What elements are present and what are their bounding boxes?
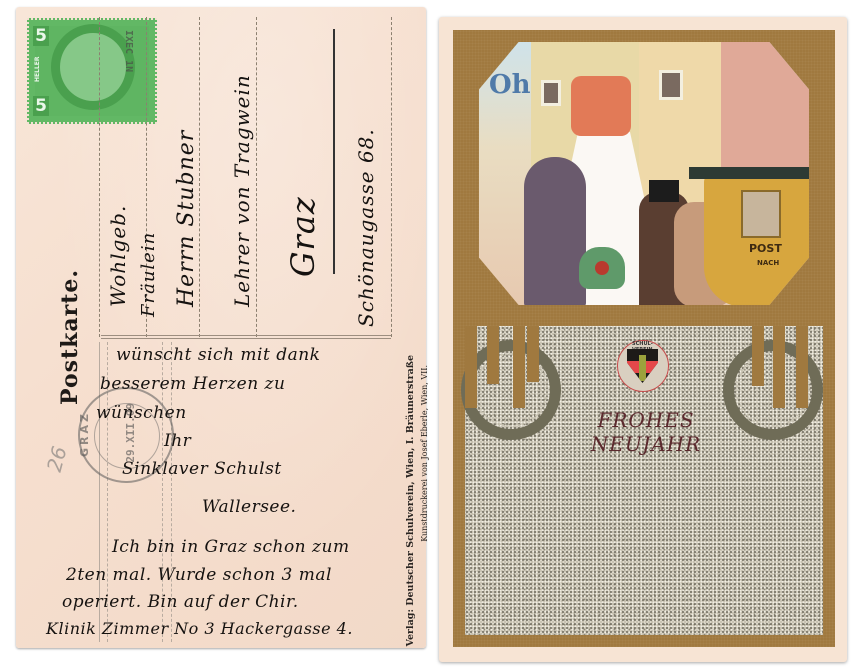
coach-window	[741, 190, 781, 238]
imprint-publisher: Verlag: Deutscher Schulverein, Wien, I. …	[405, 355, 416, 647]
woman-with-basket	[524, 157, 586, 305]
publisher-imprint: Verlag: Deutscher Schulverein, Wien, I. …	[403, 355, 437, 635]
ornament-bar	[773, 326, 785, 408]
ornament-bar	[465, 326, 477, 408]
address-street: Schönaugasse 68.	[354, 27, 378, 327]
postcard-picture-side: Oh POST NACH SCHUL-VEREIN	[439, 17, 847, 662]
corner-letters: Oh	[489, 70, 531, 100]
stamp-cancel-text: IXEC 1N	[123, 30, 134, 72]
greeting-line-2: NEUJAHR	[561, 432, 731, 456]
stamp-value-top: 5	[33, 26, 49, 46]
address-line-3: Herrn Stubner	[174, 37, 199, 307]
window	[659, 70, 683, 100]
address-underline	[333, 29, 335, 274]
window	[541, 80, 561, 106]
man-shoveling-snow	[571, 76, 631, 136]
message-line: Klinik Zimmer No 3 Hackergasse 4.	[46, 619, 353, 638]
schulverein-emblem: SCHUL-VEREIN	[617, 340, 669, 392]
message-line: Sinklaver Schulst	[122, 459, 282, 479]
ornament-bar	[527, 326, 539, 382]
coach-roof	[689, 167, 809, 179]
message-line: Ihr	[164, 431, 191, 451]
gold-frame: Oh POST NACH SCHUL-VEREIN	[453, 30, 835, 647]
message-line: Wallersee.	[202, 497, 296, 517]
ornament-bar	[487, 326, 499, 384]
winter-street-illustration: Oh POST NACH	[479, 42, 809, 305]
message-line: 2ten mal. Wurde schon 3 mal	[66, 565, 332, 585]
stamp-denomination: HELLER	[34, 54, 48, 84]
postcard-address-side: 5 HELLER 5 IXEC 1N Postkarte. Wohlgeb. F…	[16, 7, 426, 648]
message-line: wünscht sich mit dank	[116, 345, 320, 365]
address-guide-line	[199, 17, 200, 337]
address-line-4: Lehrer von Tragwein	[230, 27, 254, 307]
coach-nach-label: NACH	[757, 259, 779, 267]
green-bag	[579, 247, 625, 289]
message-line: operiert. Bin auf der Chir.	[62, 592, 299, 612]
address-guide-line	[256, 17, 257, 337]
coach-post-label: POST	[749, 242, 782, 255]
imprint-printer: Kunstdruckerei von Josef Eberle, Wien, V…	[420, 365, 429, 542]
greeting-line-1: FROHES	[561, 408, 731, 432]
address-guide-line	[99, 17, 100, 337]
address-line-2: Fräulein	[138, 217, 159, 317]
divider-line	[101, 335, 391, 336]
ornament-bar	[796, 326, 808, 408]
address-guide-line	[391, 17, 392, 337]
postmark-city: GRAZ	[78, 411, 91, 457]
emblem-shield	[627, 349, 658, 383]
greeting-text: FROHES NEUJAHR	[561, 408, 731, 456]
message-line: wünschen	[96, 403, 187, 423]
message-line: Ich bin in Graz schon zum	[112, 537, 350, 557]
postage-stamp: 5 HELLER 5 IXEC 1N	[27, 18, 157, 124]
address-line-1: Wohlgeb.	[106, 167, 130, 307]
postkarte-heading: Postkarte.	[56, 257, 84, 417]
greeting-panel: SCHUL-VEREIN FROHES NEUJAHR	[465, 326, 823, 635]
address-city: Graz	[284, 157, 322, 277]
message-line: besserem Herzen zu	[100, 374, 285, 394]
ornament-bar	[752, 326, 764, 386]
stamp-cancellation: IXEC 1N	[123, 30, 141, 110]
ornament-bar	[513, 326, 525, 408]
pencil-note: 26	[42, 444, 72, 475]
divider-line	[101, 338, 391, 339]
stamp-value-bottom: 5	[33, 96, 49, 116]
top-hat	[649, 180, 679, 202]
